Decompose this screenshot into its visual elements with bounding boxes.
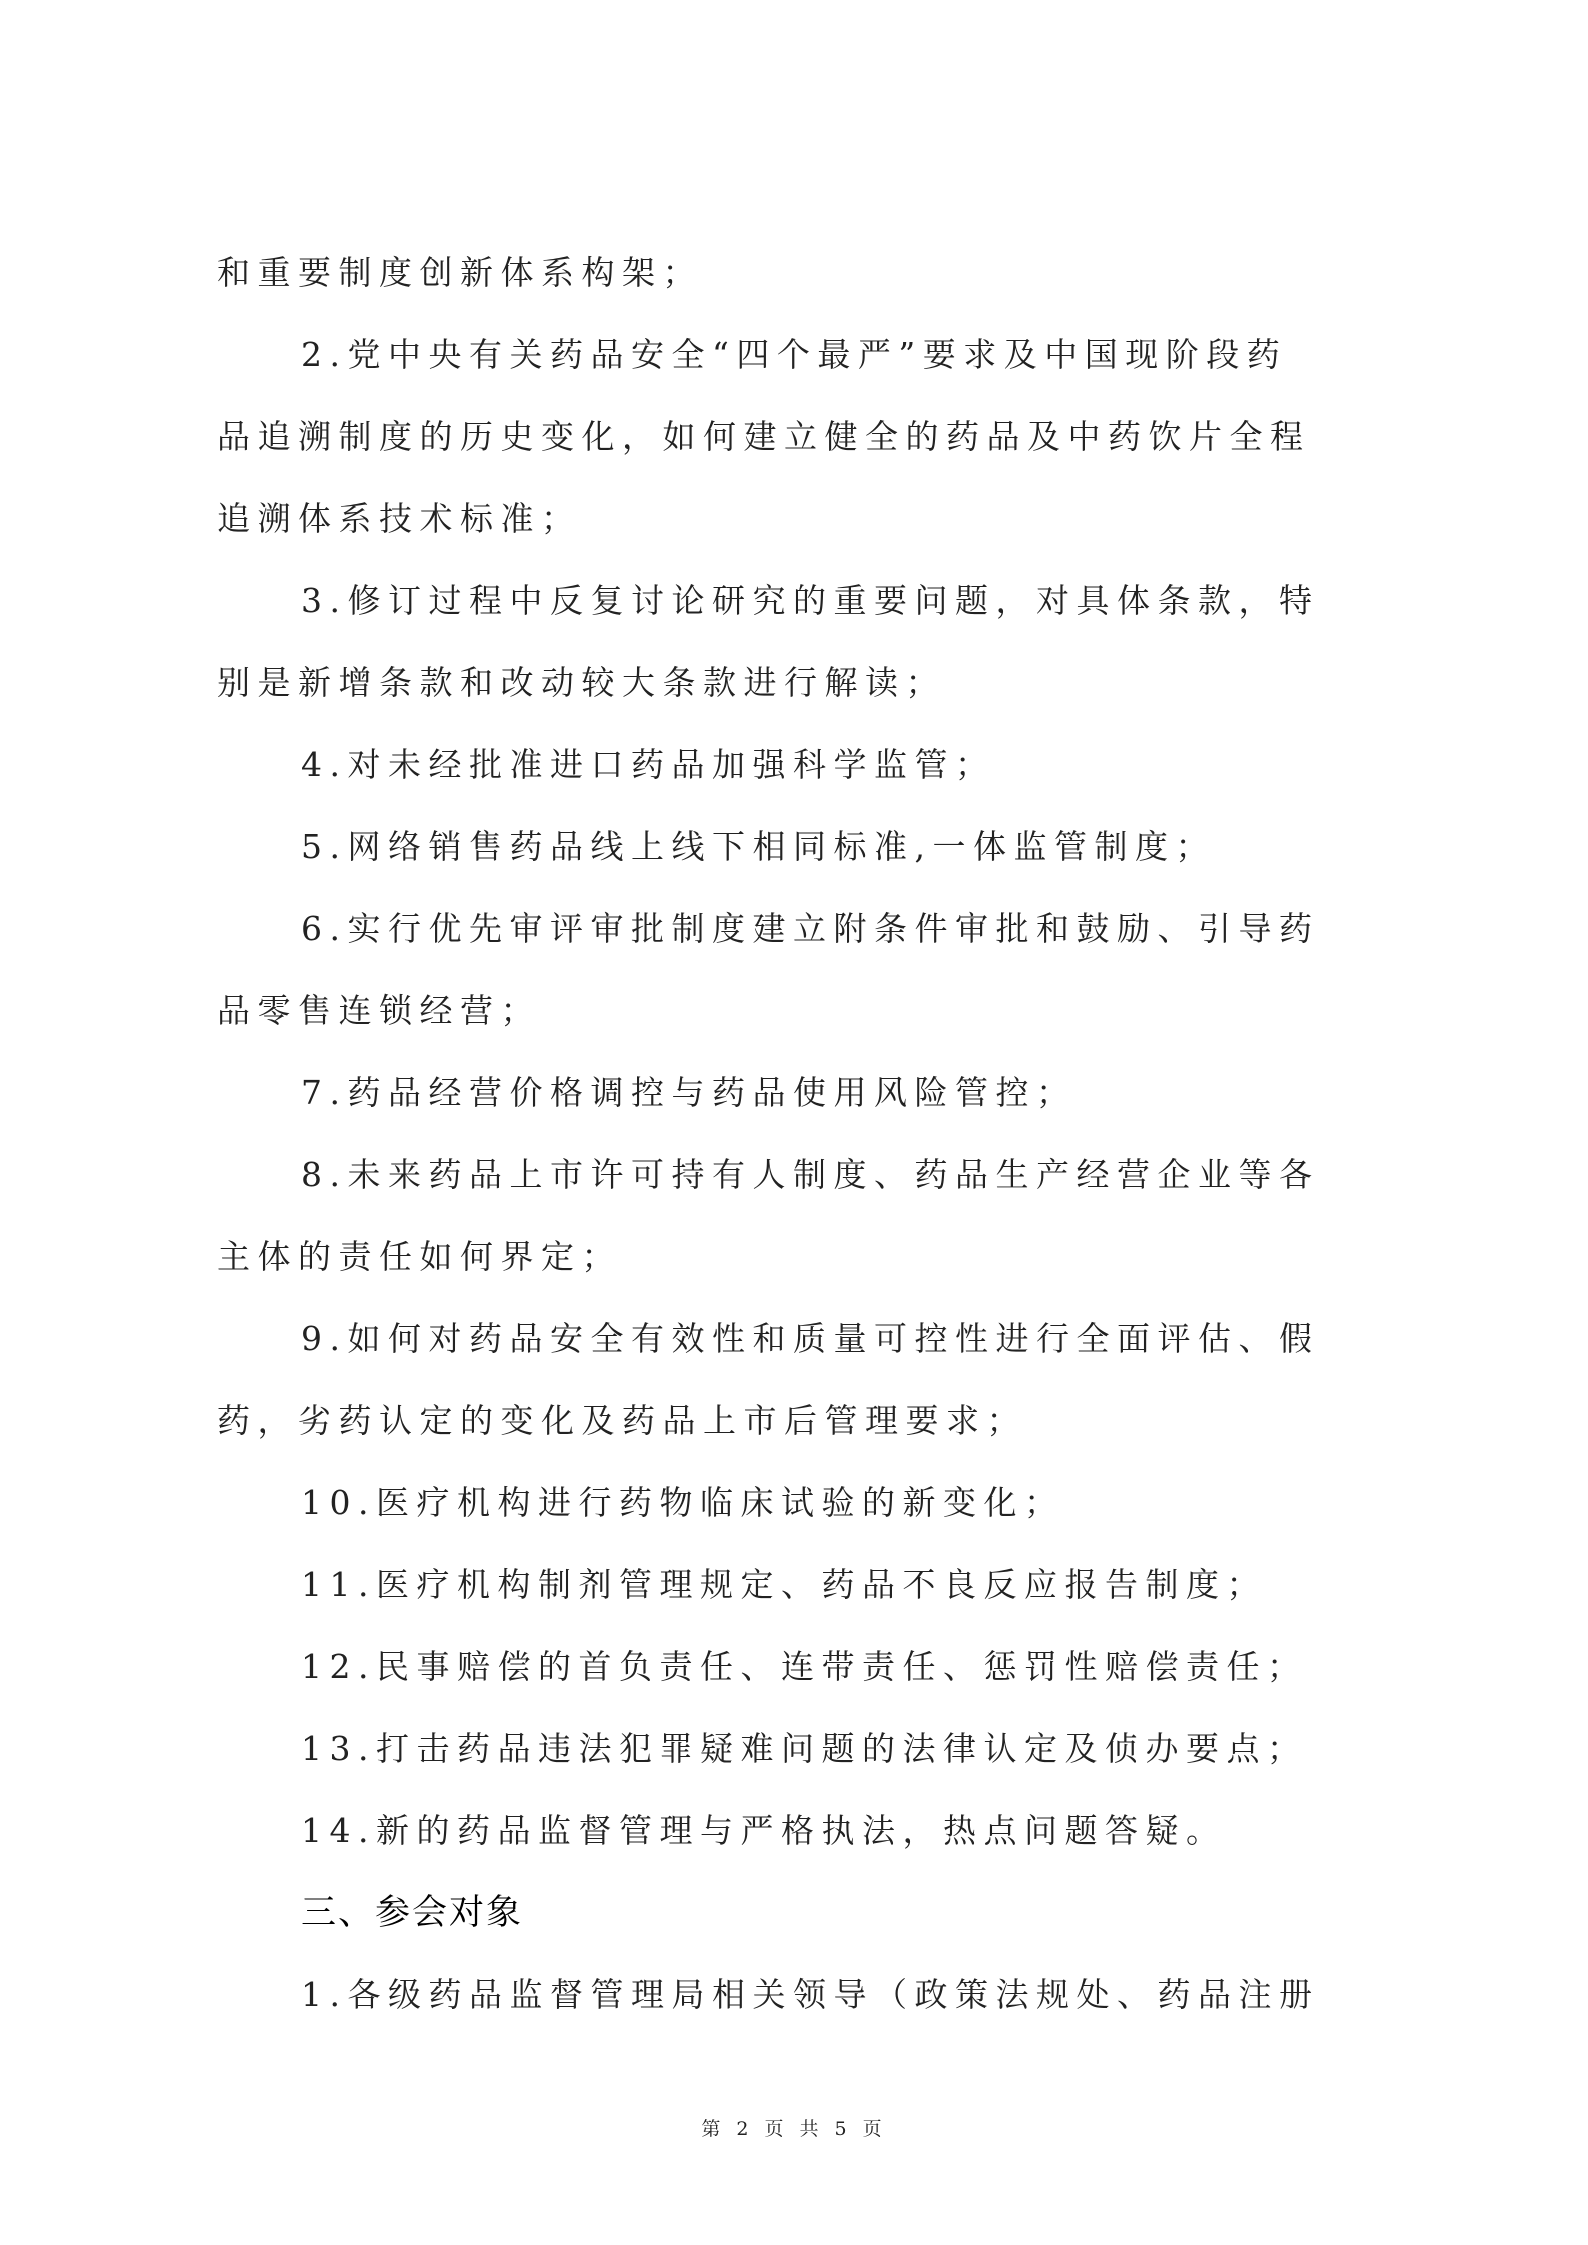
list-item-12: 12.民事赔偿的首负责任、连带责任、惩罚性赔偿责任； (217, 1636, 1377, 1718)
text-line-continuation: 和重要制度创新体系构架； (217, 242, 1377, 324)
section-heading: 三、参会对象 (217, 1882, 1377, 1964)
list-item-11: 11.医疗机构制剂管理规定、药品不良反应报告制度； (217, 1554, 1377, 1636)
text-line-continuation: 品零售连锁经营； (217, 980, 1377, 1062)
text-line-continuation: 品追溯制度的历史变化，如何建立健全的药品及中药饮片全程 (217, 406, 1377, 488)
document-body: 和重要制度创新体系构架； 2.党中央有关药品安全“四个最严”要求及中国现阶段药 … (217, 242, 1377, 2046)
text-line-continuation: 别是新增条款和改动较大条款进行解读； (217, 652, 1377, 734)
list-item-3: 3.修订过程中反复讨论研究的重要问题，对具体条款，特 (217, 570, 1377, 652)
list-item-14: 14.新的药品监督管理与严格执法，热点问题答疑。 (217, 1800, 1377, 1882)
list-item-8: 8.未来药品上市许可持有人制度、药品生产经营企业等各 (217, 1144, 1377, 1226)
text-line-continuation: 药，劣药认定的变化及药品上市后管理要求； (217, 1390, 1377, 1472)
list-item-4: 4.对未经批准进口药品加强科学监管； (217, 734, 1377, 816)
list-item-5: 5.网络销售药品线上线下相同标准,一体监管制度； (217, 816, 1377, 898)
text-line-continuation: 追溯体系技术标准； (217, 488, 1377, 570)
list-item-6: 6.实行优先审评审批制度建立附条件审批和鼓励、引导药 (217, 898, 1377, 980)
list-item-2: 2.党中央有关药品安全“四个最严”要求及中国现阶段药 (217, 324, 1377, 406)
list-item-7: 7.药品经营价格调控与药品使用风险管控； (217, 1062, 1377, 1144)
text-line-continuation: 主体的责任如何界定； (217, 1226, 1377, 1308)
attendee-item-1: 1.各级药品监督管理局相关领导（政策法规处、药品注册 (217, 1964, 1377, 2046)
list-item-13: 13.打击药品违法犯罪疑难问题的法律认定及侦办要点； (217, 1718, 1377, 1800)
page-number-footer: 第 2 页 共 5 页 (0, 2114, 1588, 2141)
list-item-9: 9.如何对药品安全有效性和质量可控性进行全面评估、假 (217, 1308, 1377, 1390)
list-item-10: 10.医疗机构进行药物临床试验的新变化； (217, 1472, 1377, 1554)
document-page: 和重要制度创新体系构架； 2.党中央有关药品安全“四个最严”要求及中国现阶段药 … (0, 0, 1588, 2245)
